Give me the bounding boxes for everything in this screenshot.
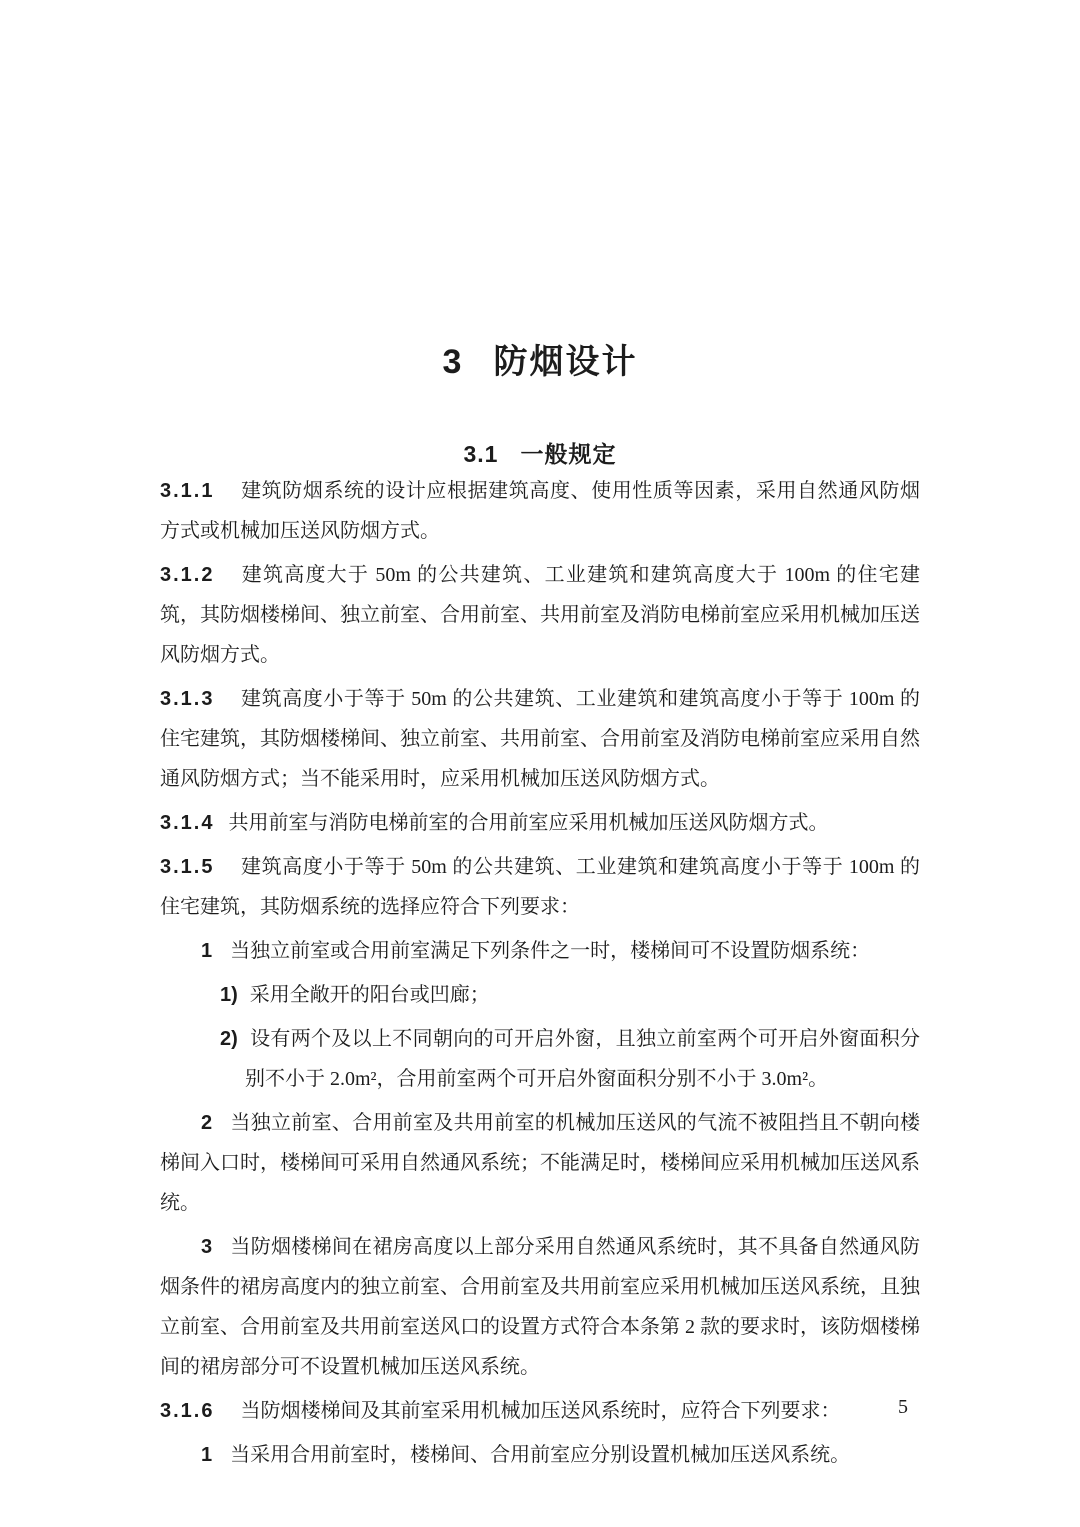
clause-3-1-5-number: 3.1.5 (160, 856, 214, 878)
item-3-1-5-1: 1当独立前室或合用前室满足下列条件之一时，楼梯间可不设置防烟系统： (160, 931, 920, 971)
clause-3-1-4-number: 3.1.4 (160, 812, 214, 834)
clause-3-1-4-text: 共用前室与消防电梯前室的合用前室应采用机械加压送风防烟方式。 (228, 812, 828, 834)
chapter-title-text: 防烟设计 (493, 343, 637, 381)
item-3-1-5-3-text: 当防烟楼梯间在裙房高度以上部分采用自然通风系统时，其不具备自然通风防烟条件的裙房… (160, 1236, 920, 1378)
document-page: 3防烟设计 3.1一般规定 3.1.1建筑防烟系统的设计应根据建筑高度、使用性质… (0, 0, 1080, 1527)
clause-3-1-3: 3.1.3建筑高度小于等于 50m 的公共建筑、工业建筑和建筑高度小于等于 10… (160, 679, 920, 799)
item-3-1-5-3: 3当防烟楼梯间在裙房高度以上部分采用自然通风系统时，其不具备自然通风防烟条件的裙… (160, 1227, 920, 1387)
subitem-3-1-5-1-2: 2)设有两个及以上不同朝向的可开启外窗，且独立前室两个可开启外窗面积分别不小于 … (160, 1019, 920, 1099)
chapter-number: 3 (443, 343, 464, 381)
item-3-1-5-2-number: 2 (201, 1112, 212, 1134)
section-number: 3.1 (464, 441, 499, 467)
section-title: 3.1一般规定 (0, 436, 1080, 469)
clause-3-1-6-text: 当防烟楼梯间及其前室采用机械加压送风系统时，应符合下列要求： (240, 1400, 840, 1422)
clause-3-1-6-number: 3.1.6 (160, 1400, 214, 1422)
subitem-3-1-5-1-1-number: 1) (220, 984, 238, 1006)
chapter-title: 3防烟设计 (0, 334, 1080, 383)
clause-3-1-3-text: 建筑高度小于等于 50m 的公共建筑、工业建筑和建筑高度小于等于 100m 的住… (160, 688, 920, 790)
clause-3-1-1: 3.1.1建筑防烟系统的设计应根据建筑高度、使用性质等因素，采用自然通风防烟方式… (160, 471, 920, 551)
item-3-1-6-1-number: 1 (201, 1444, 212, 1466)
item-3-1-5-1-number: 1 (201, 940, 212, 962)
clause-3-1-3-number: 3.1.3 (160, 688, 214, 710)
clause-3-1-5-text: 建筑高度小于等于 50m 的公共建筑、工业建筑和建筑高度小于等于 100m 的住… (160, 856, 920, 918)
subitem-3-1-5-1-2-text: 设有两个及以上不同朝向的可开启外窗，且独立前室两个可开启外窗面积分别不小于 2.… (245, 1028, 920, 1090)
clause-3-1-4: 3.1.4共用前室与消防电梯前室的合用前室应采用机械加压送风防烟方式。 (160, 803, 920, 843)
item-3-1-5-2: 2当独立前室、合用前室及共用前室的机械加压送风的气流不被阻挡且不朝向楼梯间入口时… (160, 1103, 920, 1223)
subitem-3-1-5-1-1-text: 采用全敞开的阳台或凹廊； (250, 984, 490, 1006)
subitem-3-1-5-1-2-number: 2) (220, 1028, 238, 1050)
page-number: 5 (898, 1392, 908, 1422)
clause-3-1-1-number: 3.1.1 (160, 480, 214, 502)
clause-3-1-1-text: 建筑防烟系统的设计应根据建筑高度、使用性质等因素，采用自然通风防烟方式或机械加压… (160, 480, 920, 542)
clause-3-1-2-text: 建筑高度大于 50m 的公共建筑、工业建筑和建筑高度大于 100m 的住宅建筑，… (160, 564, 920, 666)
subitem-3-1-5-1-1: 1)采用全敞开的阳台或凹廊； (160, 975, 920, 1015)
clause-3-1-6: 3.1.6当防烟楼梯间及其前室采用机械加压送风系统时，应符合下列要求： (160, 1391, 920, 1431)
item-3-1-5-3-number: 3 (201, 1236, 212, 1258)
clause-3-1-2-number: 3.1.2 (160, 564, 214, 586)
item-3-1-6-1-text: 当采用合用前室时，楼梯间、合用前室应分别设置机械加压送风系统。 (230, 1444, 850, 1466)
clause-3-1-5: 3.1.5建筑高度小于等于 50m 的公共建筑、工业建筑和建筑高度小于等于 10… (160, 847, 920, 927)
clause-3-1-2: 3.1.2建筑高度大于 50m 的公共建筑、工业建筑和建筑高度大于 100m 的… (160, 555, 920, 675)
item-3-1-6-1: 1当采用合用前室时，楼梯间、合用前室应分别设置机械加压送风系统。 (160, 1435, 920, 1475)
section-title-text: 一般规定 (520, 441, 616, 467)
item-3-1-5-2-text: 当独立前室、合用前室及共用前室的机械加压送风的气流不被阻挡且不朝向楼梯间入口时，… (160, 1112, 920, 1214)
body-text: 3.1.1建筑防烟系统的设计应根据建筑高度、使用性质等因素，采用自然通风防烟方式… (160, 471, 920, 1479)
item-3-1-5-1-text: 当独立前室或合用前室满足下列条件之一时，楼梯间可不设置防烟系统： (230, 940, 870, 962)
